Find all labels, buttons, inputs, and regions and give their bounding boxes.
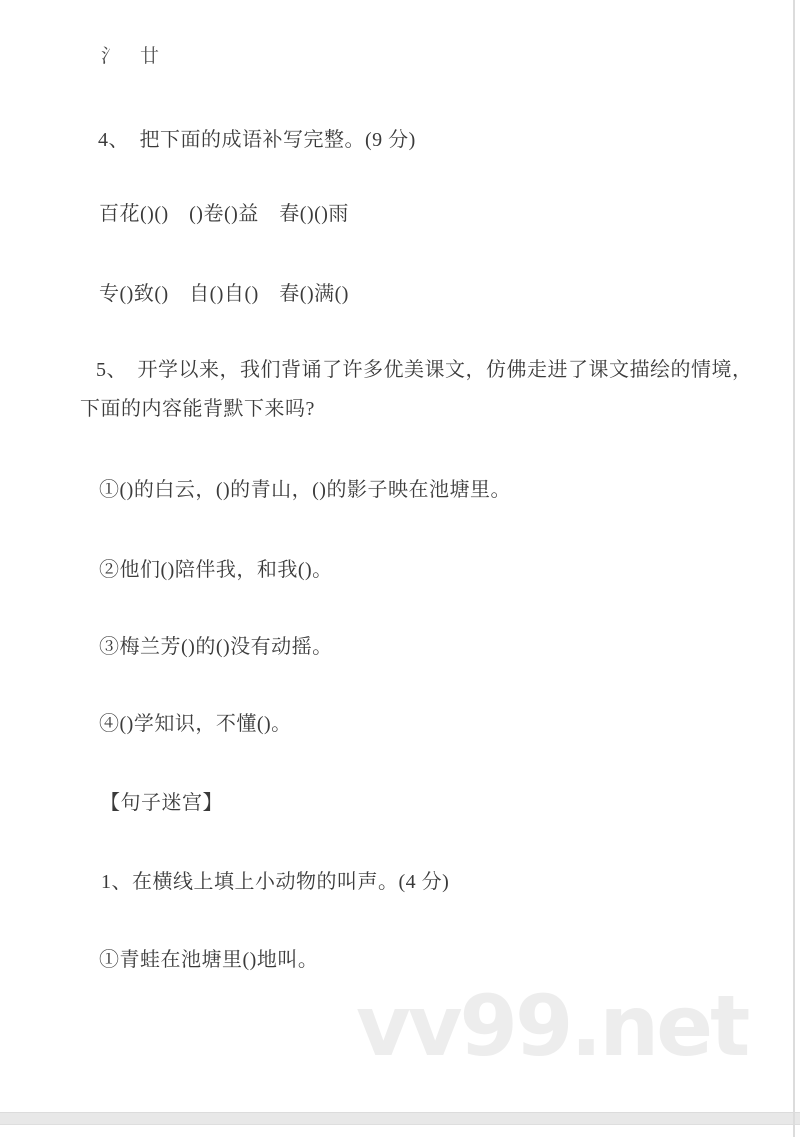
question-4-idiom-row-2: 专()致() 自()自() 春()满() xyxy=(99,281,349,307)
question-5-title-line-2: 下面的内容能背默下来吗? xyxy=(80,396,315,422)
document-page: 氵 廿 4、 把下面的成语补写完整。(9 分) 百花()() ()卷()益 春(… xyxy=(0,0,800,1137)
page-separator xyxy=(0,1112,800,1125)
watermark: vv99.net xyxy=(356,984,747,1068)
section-2-question-1-title: 1、在横线上填上小动物的叫声。(4 分) xyxy=(101,869,449,895)
section-2-question-1-item-1: ①青蛙在池塘里()地叫。 xyxy=(99,947,318,973)
page-right-edge xyxy=(793,0,795,1137)
question-5-title-line-1: 5、 开学以来，我们背诵了许多优美课文，仿佛走进了课文描绘的情境， xyxy=(96,357,753,383)
stray-radicals-fragment: 氵 廿 xyxy=(101,44,160,70)
question-5-item-1: ①()的白云，()的青山，()的影子映在池塘里。 xyxy=(99,477,511,503)
question-4-title: 4、 把下面的成语补写完整。(9 分) xyxy=(98,127,416,153)
question-5-item-2: ②他们()陪伴我，和我()。 xyxy=(99,557,333,583)
question-5-item-4: ④()学知识，不懂()。 xyxy=(99,711,292,737)
section-heading-sentence-maze: 【句子迷宫】 xyxy=(100,790,223,816)
question-4-idiom-row-1: 百花()() ()卷()益 春()()雨 xyxy=(99,201,349,227)
question-5-item-3: ③梅兰芳()的()没有动摇。 xyxy=(99,634,333,660)
